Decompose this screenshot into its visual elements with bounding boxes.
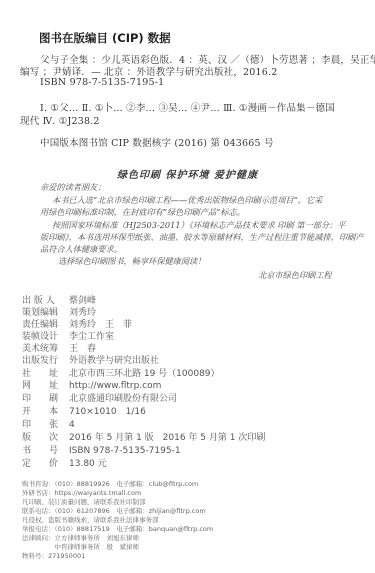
cip-line: Ⅰ. ①父… Ⅱ. ①卜… ②李… ③吴… ④尹… Ⅲ. ①漫画－作品集－德国 xyxy=(40,100,335,114)
footer-line: 举报电话：（010）88817519 电子邮箱：banquan@fltrp.co… xyxy=(22,524,213,533)
green-paragraph: 版印刷》，本书选用环保型纸张、油墨、胶水等原辅材料，生产过程注重节能减排，印刷产 xyxy=(40,232,363,243)
footer-line: 物料号：271950001 xyxy=(22,551,85,560)
info-row: 开 本710×1010 1/16 xyxy=(22,404,146,417)
footer-line: 法律顾问：立方律师事务所 刘旭东律师 xyxy=(22,533,139,542)
green-signature: 北京市绿色印刷工程 xyxy=(258,270,332,281)
footer-line: 外研书店：https://waiyants.tmall.com xyxy=(22,488,141,497)
cip-title: 图书在版编目 (CIP) 数据 xyxy=(39,30,171,46)
footer-line: 联系电话：（010）61207896 电子邮箱：zhijian@fltrp.co… xyxy=(22,506,206,515)
info-row: 印 刷北京盛通印刷股份有限公司 xyxy=(22,391,177,404)
info-row: 网 址http://www.fltrp.com xyxy=(22,378,161,391)
info-row: 出版发行外语教学与研究出版社 xyxy=(22,353,159,366)
footer-line: 凡印刷、装订质量问题，请联系我社印制部 xyxy=(22,497,146,506)
info-row: 定 价13.80 元 xyxy=(22,456,107,469)
green-paragraph: 品符合人体健康要求。 xyxy=(40,244,122,255)
green-paragraph: 本书已入选“北京市绿色印刷工程——优秀出版物绿色印刷示范项目”。它采 xyxy=(52,195,322,206)
green-paragraph: 按照国家环境标准（HJ2503-2011）《环境标志产品技术要求 印刷 第一部分… xyxy=(52,220,345,231)
green-paragraph: 用绿色印刷标准印制，在封底印有“绿色印刷产品”标志。 xyxy=(40,207,245,218)
footer-line: 购书咨询：（010）88819926 电子邮箱：club@fltrp.com xyxy=(22,479,198,488)
green-paragraph: 选择绿色印刷图书，畅享环保健康阅读！ xyxy=(58,256,205,267)
info-row: 版 次2016 年 5 月第 1 版 2016 年 5 月第 1 次印刷 xyxy=(22,430,265,443)
info-row: 印 张4 xyxy=(22,417,75,430)
cip-isbn: ISBN 978-7-5135-7195-1 xyxy=(40,77,164,88)
cip-line: 现代 Ⅳ. ①J238.2 xyxy=(20,113,100,127)
cip-approval: 中国版本图书馆 CIP 数据核字 (2016) 第 043665 号 xyxy=(40,135,274,149)
footer-line: 凡侵权、盗版书籍线索，请联系我社法律事务部 xyxy=(22,515,159,524)
green-greeting: 亲爱的读者朋友： xyxy=(40,182,106,193)
footer-line: 中咨律师事务所 殷 斌律师 xyxy=(22,542,139,551)
green-title: 绿色印刷 保护环境 爱护健康 xyxy=(0,166,375,181)
cip-line: 编写 ；尹婧译．— 北京 ：外语教学与研究出版社，2016.2 xyxy=(20,64,278,78)
info-row: 书 号ISBN 978-7-5135-7195-1 xyxy=(22,443,181,456)
